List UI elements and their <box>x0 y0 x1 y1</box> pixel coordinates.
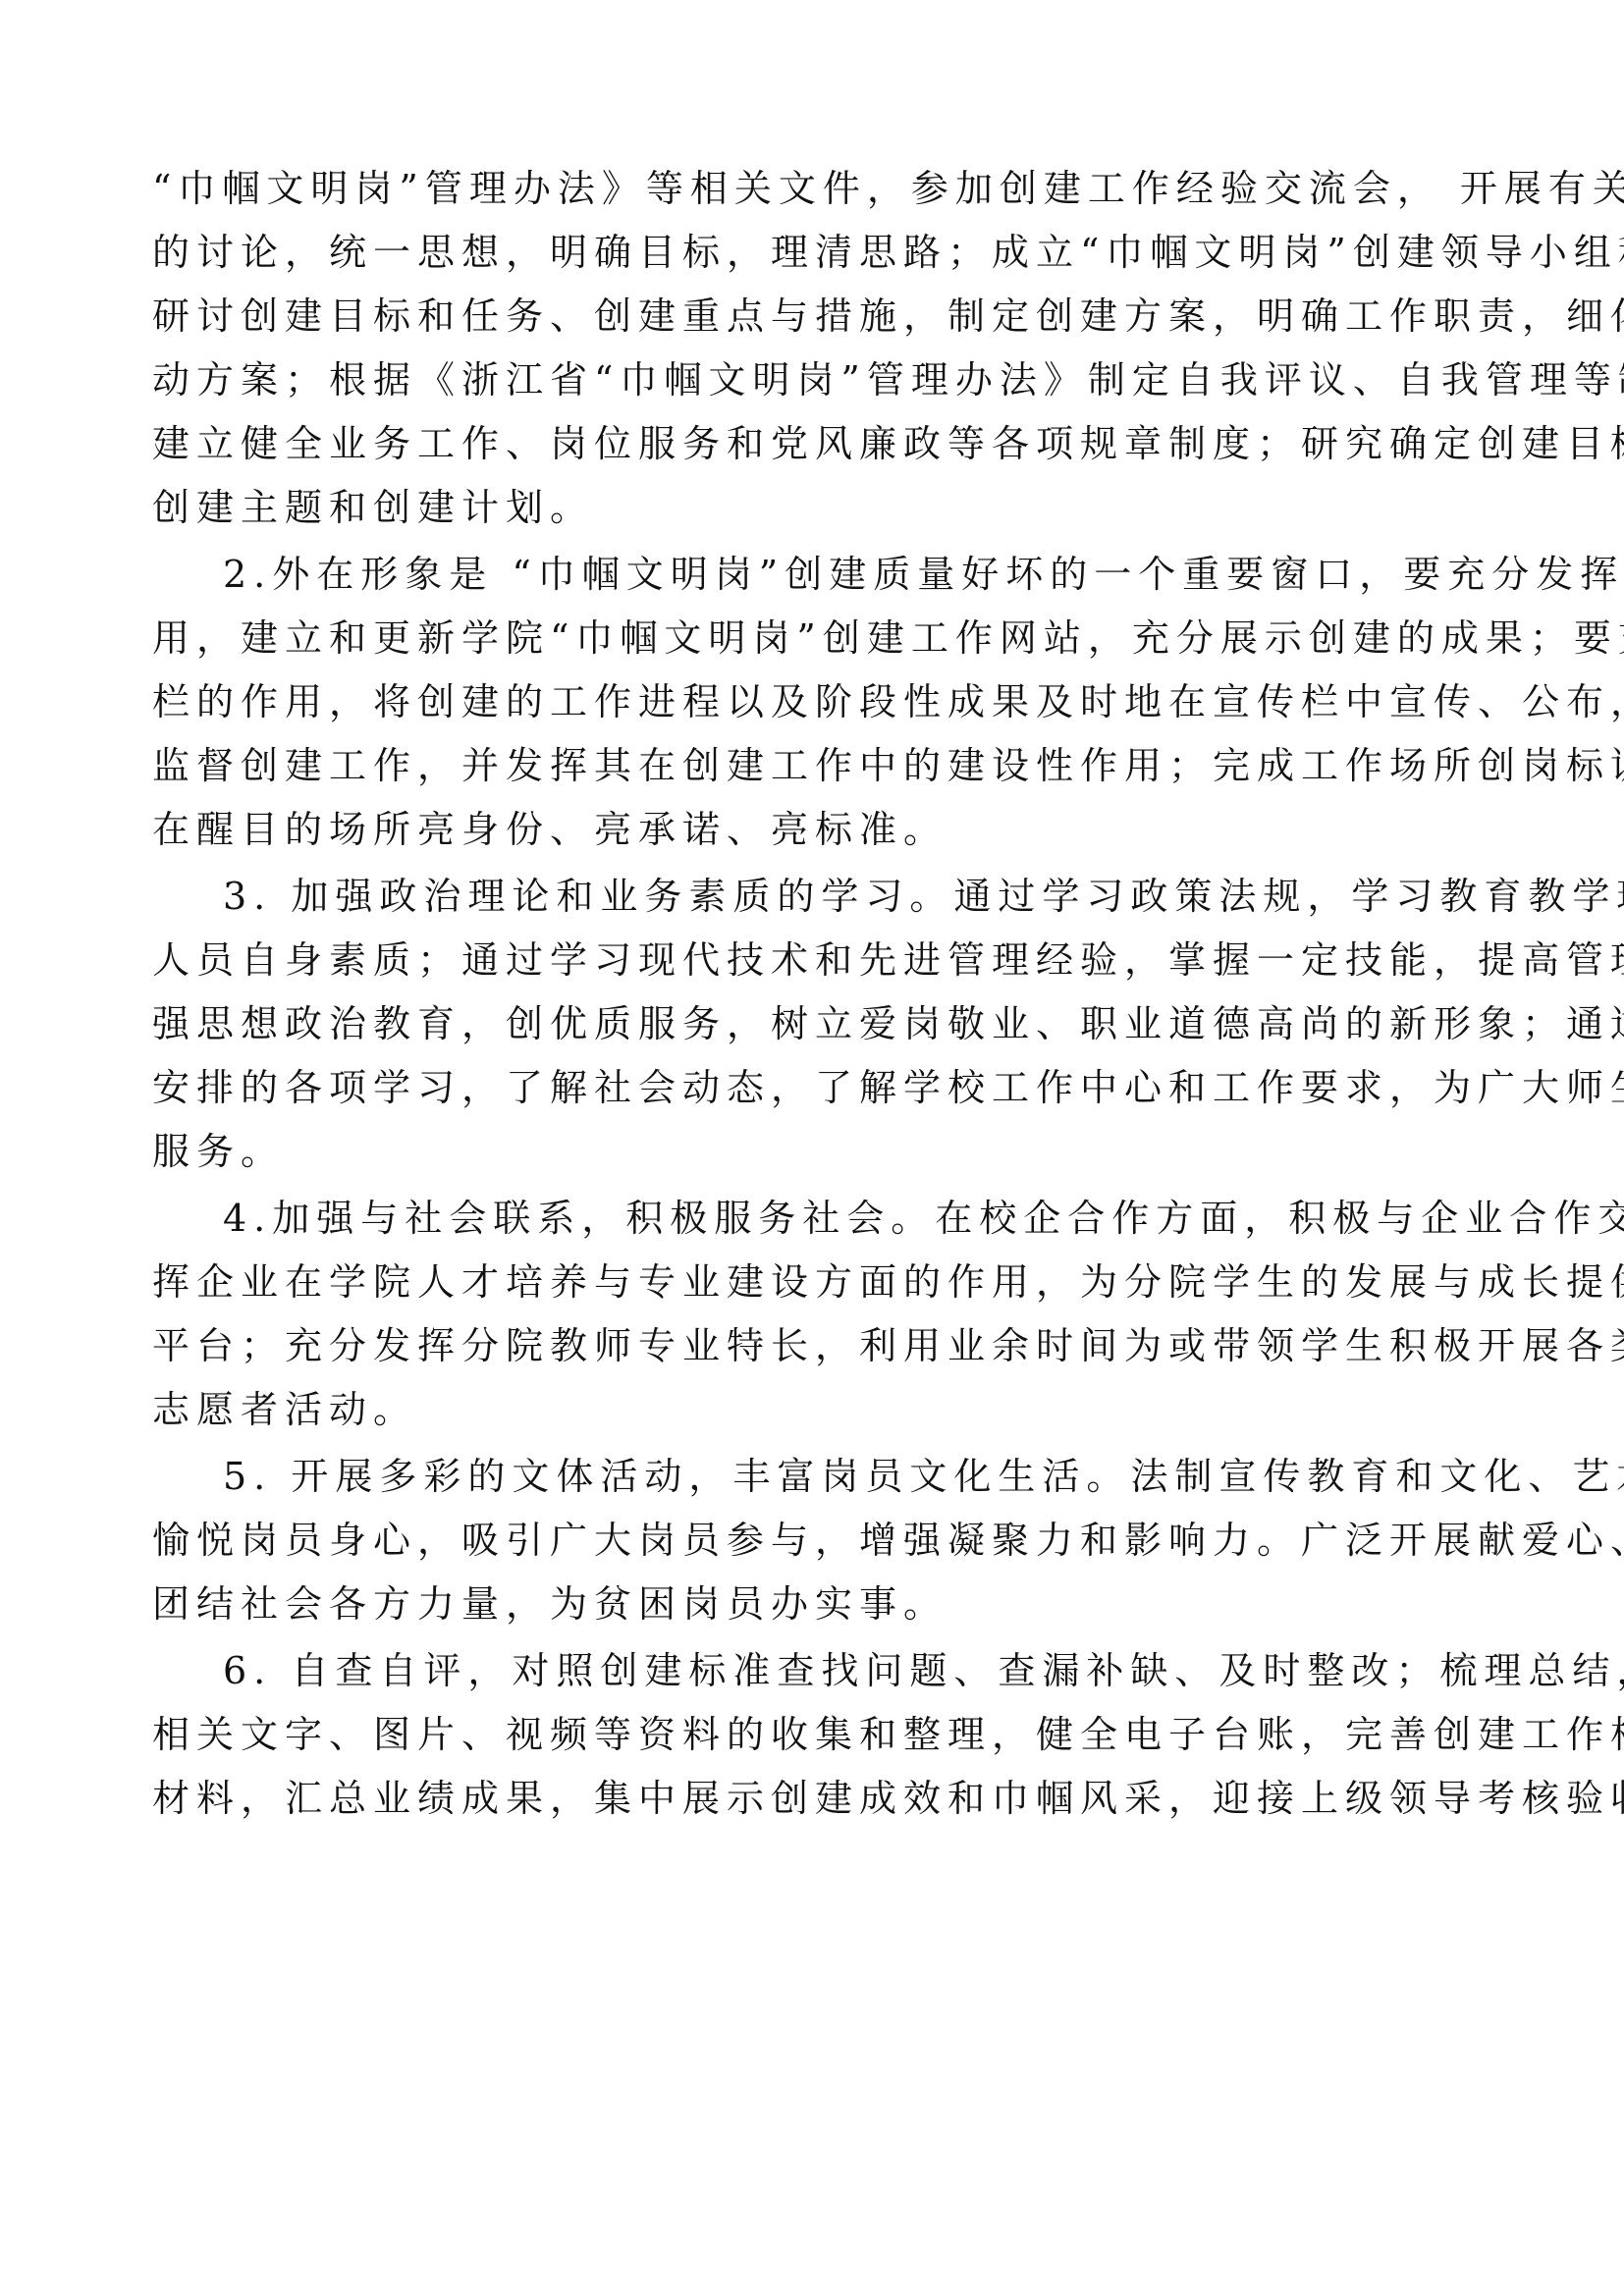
paragraph-2-external-image: 2.外在形象是 “巾帼文明岗”创建质量好坏的一个重要窗口，要充分发挥网络的宣传作… <box>152 543 1473 862</box>
text-line: 创建主题和创建计划。 <box>152 476 1468 540</box>
text-line: 挥企业在学院人才培养与专业建设方面的作用，为分院学生的发展与成长提供更过的机会与 <box>152 1251 1468 1314</box>
paragraph-heading-line: 5. 开展多彩的文体活动，丰富岗员文化生活。法制宣传教育和文化、艺术、体育活动， <box>152 1445 1468 1509</box>
text-line: 用，建立和更新学院“巾帼文明岗”创建工作网站，充分展示创建的成果；要充分发挥宣传 <box>152 607 1468 670</box>
text-line: 监督创建工作，并发挥其在创建工作中的建设性作用；完成工作场所创岗标识的设计制作， <box>152 734 1468 798</box>
text-line: 栏的作用，将创建的工作进程以及阶段性成果及时地在宣传栏中宣传、公布，让师生了解、 <box>152 670 1468 734</box>
paragraph-heading-line: 6. 自查自评，对照创建标准查找问题、查漏补缺、及时整改；梳理总结，做好创建工作 <box>152 1639 1468 1703</box>
text-line: 的讨论，统一思想，明确目标，理清思路；成立“巾帼文明岗”创建领导小组和工作小组， <box>152 221 1468 285</box>
text-line: 人员自身素质；通过学习现代技术和先进管理经验，掌握一定技能，提高管理水平；通过加 <box>152 929 1468 992</box>
paragraph-1-continuation: “巾帼文明岗”管理办法》等相关文件，参加创建工作经验交流会， 开展有关创建工作内… <box>152 157 1473 540</box>
paragraph-heading-line: 3. 加强政治理论和业务素质的学习。通过学习政策法规，学习教育教学理论，提高管理 <box>152 865 1468 929</box>
text-line: 动方案；根据《浙江省“巾帼文明岗”管理办法》制定自我评议、自我管理等制度，进一步 <box>152 348 1468 412</box>
text-line: 团结社会各方力量，为贫困岗员办实事。 <box>152 1573 1468 1636</box>
paragraph-3-political-study: 3. 加强政治理论和业务素质的学习。通过学习政策法规，学习教育教学理论，提高管理… <box>152 865 1473 1184</box>
text-line: 志愿者活动。 <box>152 1378 1468 1442</box>
text-line: 在醒目的场所亮身份、亮承诺、亮标准。 <box>152 798 1468 862</box>
paragraph-heading-line: 4.加强与社会联系，积极服务社会。在校企合作方面，积极与企业合作交流，并充分发 <box>152 1187 1468 1251</box>
paragraph-5-cultural-activities: 5. 开展多彩的文体活动，丰富岗员文化生活。法制宣传教育和文化、艺术、体育活动，… <box>152 1445 1473 1636</box>
text-line: 材料，汇总业绩成果，集中展示创建成效和巾帼风采，迎接上级领导考核验收。 <box>152 1767 1468 1831</box>
text-line: “巾帼文明岗”管理办法》等相关文件，参加创建工作经验交流会， 开展有关创建工作内… <box>152 157 1468 221</box>
text-line: 建立健全业务工作、岗位服务和党风廉政等各项规章制度；研究确定创建目标、创建标准、 <box>152 412 1468 476</box>
text-line: 平台；充分发挥分院教师专业特长，利用业余时间为或带领学生积极开展各类公益活动以及 <box>152 1314 1468 1378</box>
text-line: 相关文字、图片、视频等资料的收集和整理，健全电子台账，完善创建工作档案；撰写验收 <box>152 1703 1468 1767</box>
text-line: 研讨创建目标和任务、创建重点与措施，制定创建方案，明确工作职责，细化工作计划和活 <box>152 285 1468 348</box>
text-line: 强思想政治教育，创优质服务，树立爱岗敬业、职业道德高尚的新形象；通过按时参加学校 <box>152 992 1468 1056</box>
paragraph-heading-line: 2.外在形象是 “巾帼文明岗”创建质量好坏的一个重要窗口，要充分发挥网络的宣传作 <box>152 543 1468 607</box>
paragraph-4-social-service: 4.加强与社会联系，积极服务社会。在校企合作方面，积极与企业合作交流，并充分发 … <box>152 1187 1473 1442</box>
text-line: 服务。 <box>152 1120 1468 1184</box>
document-page: “巾帼文明岗”管理办法》等相关文件，参加创建工作经验交流会， 开展有关创建工作内… <box>152 157 1473 1834</box>
text-line: 安排的各项学习，了解社会动态，了解学校工作中心和工作要求，为广大师生提供更优质的 <box>152 1056 1468 1120</box>
text-line: 愉悦岗员身心，吸引广大岗员参与，增强凝聚力和影响力。广泛开展献爱心、送温暖活动， <box>152 1509 1468 1573</box>
paragraph-6-self-evaluation: 6. 自查自评，对照创建标准查找问题、查漏补缺、及时整改；梳理总结，做好创建工作… <box>152 1639 1473 1831</box>
